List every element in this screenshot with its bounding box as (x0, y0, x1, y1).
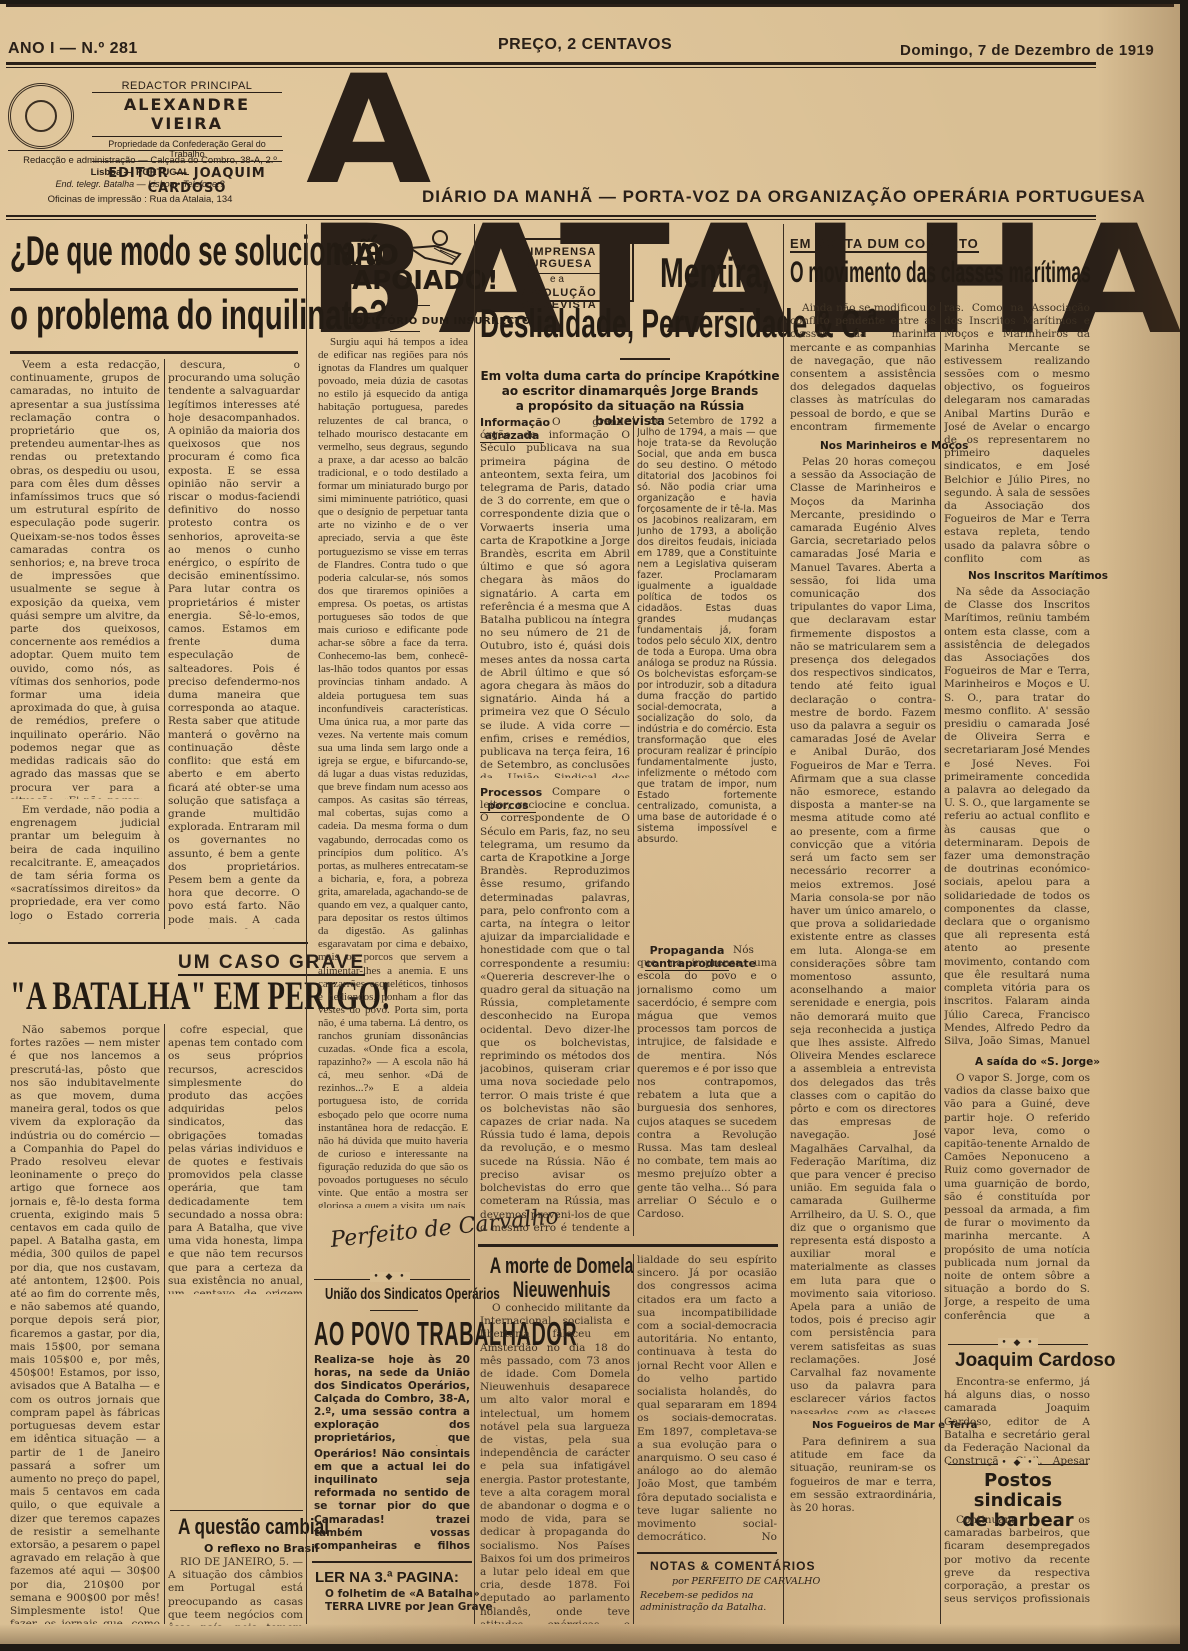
section-rule (8, 942, 308, 944)
barbear-body: Continuam os camaradas barbeiros, que fi… (944, 1514, 1090, 1606)
tagline: DIÁRIO DA MANHÃ — PORTA-VOZ DA ORGANIZAÇ… (422, 187, 1146, 207)
domela-col1: O conhecido militante da Internacional s… (480, 1302, 630, 1624)
col-divider (633, 1254, 634, 1624)
perigo-col1: Não sabemos porque fortes razões — nem m… (10, 1024, 160, 1624)
nao-apoiado-body: Surgiu aqui há tempos a idea de edificar… (318, 336, 468, 1208)
page-bottom-shadow (0, 1624, 1180, 1644)
perigo-col2: cofre especial, que apenas tem contado c… (168, 1024, 303, 1294)
maritimas-col2: ras. Como na Associação dos Inscritos Ma… (944, 302, 1090, 562)
maritimas-col2c: O vapor S. Jorge, com os vadios da class… (944, 1072, 1090, 1322)
telegraph-line: End. telegr. Batalha — Lisboa • Telefone… (20, 179, 260, 189)
inquilinato-title-line2: o problema do inquilinato? (10, 294, 387, 336)
mentira-col1b: Compare o leitor, raciocine e conclua. O… (480, 786, 630, 1236)
ler-title: LER NA 3.ª PAGINA: (315, 1569, 459, 1586)
maritimas-sub3: Nos Inscritos Marítimos (968, 570, 1108, 582)
address-line: Redacção e administração — Calçada do Co… (20, 155, 280, 166)
nao-apoiado-title-line1: NÃO (332, 242, 398, 268)
domela-col2: lialdade do seu espírito sincero. Já por… (637, 1254, 777, 1544)
rule (370, 1310, 418, 1311)
inquilinato-col1b: Em verdade, não podia a engrenagem judic… (10, 804, 160, 924)
redactor-label: REDACTOR PRINCIPAL (92, 80, 282, 93)
issue-number: ANO I — N.º 281 (8, 40, 138, 58)
redactor-name: ALEXANDRE VIEIRA (92, 95, 282, 133)
newspaper-page: ANO I — N.º 281 PREÇO, 2 CENTAVOS Doming… (0, 4, 1180, 1644)
maritimas-col1b: Pelas 20 horas começou a sessão da Assoc… (790, 456, 936, 1414)
masthead-rule-bottom-thin (6, 219, 1096, 220)
inquilinato-title-line1: ¿De que modo se solucionará (10, 230, 380, 272)
uniao-body2: Operários! Não consintais em que a actua… (314, 1448, 470, 1513)
inquilinato-col1: Veem a esta redacção, continuamente, gru… (10, 359, 160, 799)
barbear-title-line1: Postos sindicais (944, 1471, 1092, 1511)
cardoso-title: Joaquim Cardoso (955, 1350, 1115, 1372)
rule (637, 1552, 777, 1554)
uniao-body3: Camaradas! trazei também vossas companhe… (314, 1514, 470, 1554)
col-divider (783, 224, 784, 1624)
workshop-line: Oficinas de impressão : Rua da Atalaia, … (20, 194, 260, 205)
mentira-col2c: Nós que, na imprensa, uma escola do povo… (637, 944, 777, 1234)
inquilinato-col2: descura, o procurando uma solução tenden… (168, 359, 300, 929)
maritimas-col1: Ainda não se modificou o conflito penden… (790, 302, 936, 434)
nao-apoiado-title-line2: APOIADO! (352, 268, 499, 294)
price: PREÇO, 2 CENTAVOS (498, 36, 672, 54)
masthead-rule-bottom (6, 215, 1096, 217)
rule (620, 358, 670, 360)
maritimas-col1c: Para definirem a sua atitude em face da … (790, 1436, 936, 1626)
sub-line1: Em volta duma carta do príncipe Krapótki… (480, 369, 780, 384)
mentira-col1a: O grande órgão de informação O Século pu… (480, 416, 630, 778)
sub-line2: ao escritor dinamarquês Jorge Brands (480, 384, 780, 399)
maritimas-sub4: A saída do «S. Jorge» (975, 1056, 1100, 1068)
col-divider (633, 416, 634, 1236)
rule (390, 305, 430, 306)
page-edge-shadow (1098, 4, 1180, 1644)
box-line2: e a (512, 273, 602, 285)
box-line1: A IMPRENSA BURGUESA (482, 246, 632, 270)
col-divider (940, 302, 941, 1624)
imprensa-box: A IMPRENSA BURGUESA e a REVOLUÇÃO BOLXEV… (480, 238, 634, 302)
col-divider (164, 1024, 165, 1624)
maritimas-col2b: Na sêde da Associação de Classe dos Insc… (944, 586, 1090, 1048)
col-divider (474, 224, 475, 1624)
uniao-body1: Realiza-se hoje às 20 horas, na sede da … (314, 1354, 470, 1446)
notas-order: Recebem-se pedidos na administração da B… (640, 1590, 780, 1614)
ler-line1: O folhetim de «A Batalha» (325, 1588, 480, 1600)
insurrecto-cartoon-icon (390, 228, 470, 268)
mentira-col2a: de Setembro de 1792 a Julho de 1794, a m… (637, 416, 777, 916)
domela-title: A morte de Domela Nieuwenhuis (486, 1254, 637, 1302)
ornament-icon: • ◆ • (370, 1272, 410, 1282)
cgt-seal-icon (8, 83, 74, 149)
address-rule (8, 150, 283, 151)
rule (390, 331, 420, 332)
rule (312, 1561, 472, 1563)
cardoso-body: Encontra-se enfermo, já há alguns dias, … (944, 1376, 1090, 1468)
inquilinato-rule-2 (10, 351, 298, 354)
col-divider (306, 224, 307, 1624)
col-divider (164, 359, 165, 929)
top-border (6, 4, 1174, 7)
cambial-subtitle: O reflexo no Brasil (204, 1542, 319, 1555)
ornament-icon: • ◆ • (998, 1458, 1038, 1468)
ornament-icon: • ◆ • (998, 1338, 1038, 1348)
city-line: Lisboa — PORTUGAL (20, 167, 260, 178)
ler-line2: TERRA LIVRE por Jean Grave (325, 1601, 493, 1613)
cambial-rule (170, 1510, 303, 1511)
mentira-title-line1: Mentira, (660, 252, 770, 294)
maritimas-title: O movimento das classes marítimas (790, 258, 1091, 288)
domela-rule (478, 1244, 778, 1247)
cambial-body: RIO DE JANEIRO, 5. — A situação dos câmb… (168, 1556, 303, 1626)
maritimas-kicker: EM VOLTA DUM CONFLITO (790, 236, 979, 253)
